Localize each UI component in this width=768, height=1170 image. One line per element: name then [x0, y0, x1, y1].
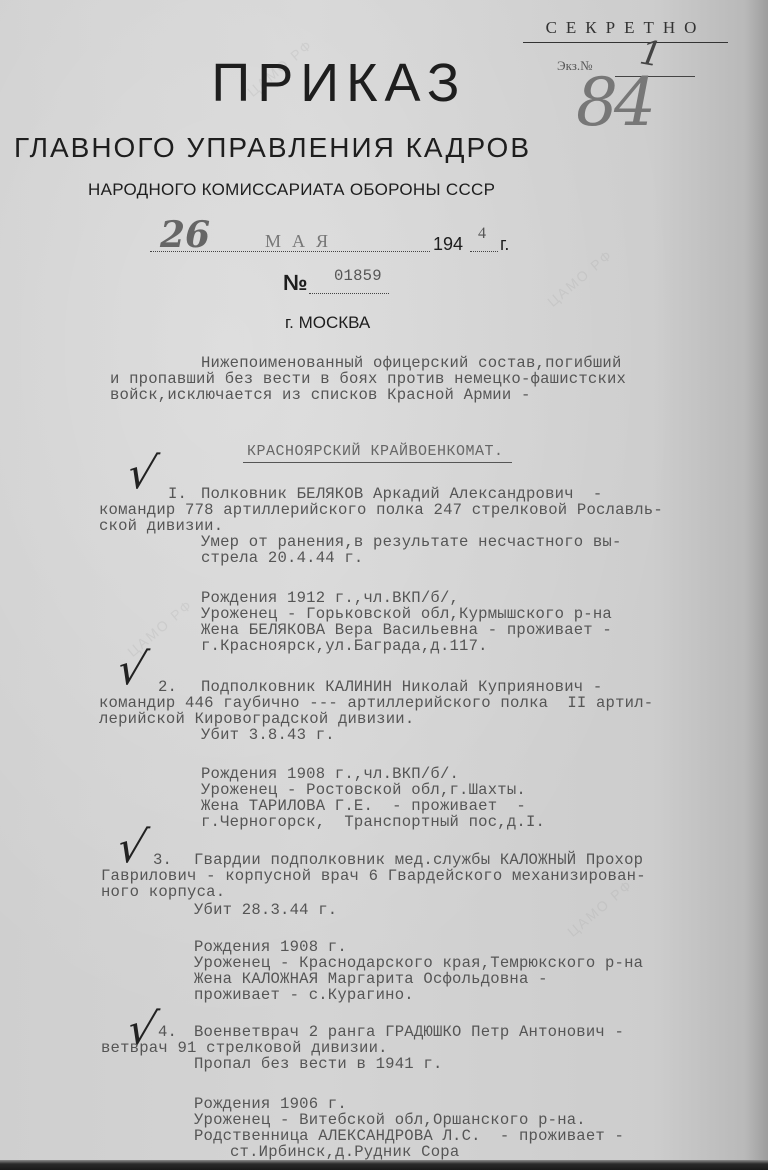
- order-number-underline: [309, 293, 389, 294]
- entry-line: лерийской Кировоградской дивизии.: [99, 711, 414, 727]
- preamble-line: Нижепоименованный офицерский состав,поги…: [201, 355, 622, 371]
- entry-fate: Умер от ранения,в результате несчастного…: [201, 534, 622, 550]
- entry-line: Гвардии подполковник мед.службы КАЛОЖНЫЙ…: [194, 852, 643, 868]
- entry-line: ного корпуса.: [101, 884, 225, 900]
- document-title: ПРИКАЗ: [0, 52, 768, 114]
- year-underline: [470, 251, 498, 252]
- entry-line: Подполковник КАЛИНИН Николай Куприянович…: [201, 679, 602, 695]
- entry-detail: Жена КАЛОЖНАЯ Маргарита Осфольдовна -: [194, 971, 548, 987]
- entry-fate: Пропал без вести в 1941 г.: [194, 1056, 443, 1072]
- entry-detail: Рождения 1912 г.,чл.ВКП/б/,: [201, 590, 459, 606]
- entry-fate: стрела 20.4.44 г.: [201, 550, 363, 566]
- entry-line: ветврач 91 стрелковой дивизии.: [101, 1040, 388, 1056]
- issuing-commissariat: НАРОДНОГО КОМИССАРИАТА ОБОРОНЫ СССР: [88, 180, 495, 200]
- entry-detail: Жена ТАРИЛОВА Г.Е. - проживает -: [201, 798, 526, 814]
- entry-number: 3.: [153, 852, 172, 868]
- entry-line: Гаврилович - корпусной врач 6 Гвардейско…: [101, 868, 646, 884]
- date-year-digit: 4: [478, 225, 486, 243]
- entry-detail: проживает - с.Курагино.: [194, 987, 414, 1003]
- section-heading: КРАСНОЯРСКИЙ КРАЙВОЕНКОМАТ.: [243, 444, 512, 463]
- entry-fate: Убит 28.3.44 г.: [194, 902, 337, 918]
- order-number: 01859: [334, 268, 382, 284]
- preamble-line: и пропавший без вести в боях против неме…: [110, 371, 626, 387]
- document-page: ЦАМО РФ ЦАМО РФ ЦАМО РФ ЦАМО РФ СЕКРЕТНО…: [0, 0, 768, 1162]
- entry-detail: Родственница АЛЕКСАНДРОВА Л.С. - прожива…: [194, 1128, 624, 1144]
- date-year-prefix: 194: [433, 234, 463, 255]
- entry-detail: Уроженец - Краснодарского края,Темрюкско…: [194, 955, 643, 971]
- entry-line: командир 778 артиллерийского полка 247 с…: [99, 502, 663, 518]
- order-city: г. МОСКВА: [285, 313, 370, 333]
- entry-number: 2.: [158, 679, 177, 695]
- classification-stamp: СЕКРЕТНО: [523, 18, 728, 43]
- preamble-line: войск,исключается из списков Красной Арм…: [110, 387, 531, 403]
- date-day: 26: [160, 214, 210, 256]
- entry-line: Военветврач 2 ранга ГРАДЮШКО Петр Антоно…: [194, 1024, 624, 1040]
- date-year-suffix: г.: [500, 234, 509, 255]
- watermark: ЦАМО РФ: [544, 246, 616, 310]
- entry-detail: Уроженец - Горьковской обл,Курмышского р…: [201, 606, 612, 622]
- order-number-label: №: [283, 270, 308, 296]
- scan-bottom-edge: [0, 1160, 768, 1170]
- entry-detail: Жена БЕЛЯКОВА Вера Васильевна - проживае…: [201, 622, 612, 638]
- watermark: ЦАМО РФ: [564, 876, 636, 940]
- entry-line: командир 446 гаубично --- артиллерийског…: [99, 695, 653, 711]
- checkmark-icon: √: [113, 826, 150, 870]
- date-month: МАЯ: [265, 231, 339, 252]
- entry-detail: г.Черногорск, Транспортный пос,д.I.: [201, 814, 545, 830]
- entry-number: 4.: [158, 1024, 177, 1040]
- entry-detail: Рождения 1906 г.: [194, 1096, 347, 1112]
- entry-line: ской дивизии.: [99, 518, 223, 534]
- entry-detail: г.Красноярск,ул.Баграда,д.117.: [201, 638, 488, 654]
- entry-number: I.: [168, 486, 187, 502]
- order-date: 26 МАЯ 194 4 г.: [150, 226, 520, 258]
- checkmark-icon: √: [113, 648, 150, 692]
- entry-detail: ст.Ирбинск,д.Рудник Сора: [230, 1144, 459, 1160]
- checkmark-icon: √: [123, 452, 160, 496]
- entry-line: Полковник БЕЛЯКОВ Аркадий Александрович …: [201, 486, 602, 502]
- issuing-directorate: ГЛАВНОГО УПРАВЛЕНИЯ КАДРОВ: [14, 132, 531, 164]
- entry-fate: Убит 3.8.43 г.: [201, 727, 335, 743]
- entry-detail: Рождения 1908 г.: [194, 939, 347, 955]
- entry-detail: Уроженец - Ростовской обл,г.Шахты.: [201, 782, 526, 798]
- entry-detail: Уроженец - Витебской обл,Оршанского р-на…: [194, 1112, 586, 1128]
- entry-detail: Рождения 1908 г.,чл.ВКП/б/.: [201, 766, 459, 782]
